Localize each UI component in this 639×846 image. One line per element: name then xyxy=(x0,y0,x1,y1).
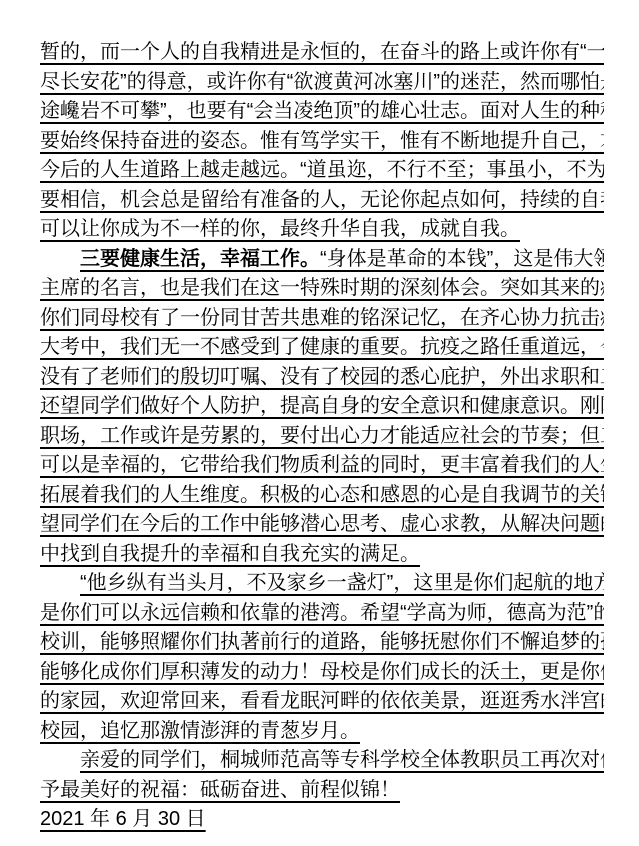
text-run: 要相信，机会总是留给有准备的人，无论你起点如何，持续的自我精进， xyxy=(40,189,604,211)
text-run: 校训，能够照耀你们执著前行的道路，能够抚慰你们不懈追梦的孤独， xyxy=(40,631,604,653)
text-line: 校园，追忆那激情澎湃的青葱岁月。 xyxy=(40,717,604,747)
text-run: 的家园，欢迎常回来，看看龙眠河畔的依依美景，逛逛秀水泮宫的新区 xyxy=(40,690,604,712)
text-line: 予最美好的祝福：砥砺奋进、前程似锦！ xyxy=(40,776,604,806)
text-line: 能够化成你们厚积薄发的动力！母校是你们成长的沃土，更是你们永远 xyxy=(40,658,604,688)
text-line: 职场，工作或许是劳累的，要付出心力才能适应社会的节奏；但工作也 xyxy=(40,422,604,452)
text-line: 还望同学们做好个人防护，提高自身的安全意识和健康意识。刚刚踏入 xyxy=(40,392,604,422)
paragraph: 亲爱的同学们，桐城师范高等专科学校全体教职员工再次对你们寄予最美好的祝福：砥砺奋… xyxy=(40,746,604,805)
text-line: 要始终保持奋进的姿态。惟有笃学实干，惟有不断地提升自己，才能在 xyxy=(40,127,604,157)
text-line: 可以是幸福的，它带给我们物质利益的同时，更丰富着我们的人生体验、 xyxy=(40,451,604,481)
text-line: 校训，能够照耀你们执著前行的道路，能够抚慰你们不懈追梦的孤独， xyxy=(40,628,604,658)
text-line: 大考中，我们无一不感受到了健康的重要。抗疫之路任重道远，今后， xyxy=(40,333,604,363)
text-line: 尽长安花”的得意，或许你有“欲渡黄河冰塞川”的迷茫，然而哪怕是“畏 xyxy=(40,68,604,98)
text-run: 没有了老师们的殷切叮嘱、没有了校园的悉心庇护，外出求职和工作时 xyxy=(40,366,604,388)
paragraph: 三要健康生活，幸福工作。“身体是革命的本钱”，这是伟大领袖毛主席的名言，也是我们… xyxy=(40,245,604,570)
text-line: 拓展着我们的人生维度。积极的心态和感恩的心是自我调节的关键，希 xyxy=(40,481,604,511)
text-run: 望同学们在今后的工作中能够潜心思考、虚心求教，从解决问题的过程 xyxy=(40,513,604,535)
bold-run: 三要健康生活，幸福工作。 xyxy=(80,248,320,270)
text-line: 三要健康生活，幸福工作。“身体是革命的本钱”，这是伟大领袖毛 xyxy=(40,245,604,275)
text-run: 你们同母校有了一份同甘苦共患难的铭深记忆，在齐心协力抗击疫情的 xyxy=(40,307,604,329)
text-run: 亲爱的同学们，桐城师范高等专科学校全体教职员工再次对你们寄 xyxy=(80,749,604,771)
text-run: 是你们可以永远信赖和依靠的港湾。希望“学高为师，德高为范”的师专 xyxy=(40,602,604,624)
text-line: 暂的，而一个人的自我精进是永恒的，在奋斗的路上或许你有“一日看 xyxy=(40,38,604,68)
letter-body: 暂的，而一个人的自我精进是永恒的，在奋斗的路上或许你有“一日看尽长安花”的得意，… xyxy=(40,38,604,805)
text-line: 中找到自我提升的幸福和自我充实的满足。 xyxy=(40,540,604,570)
paragraph: “他乡纵有当头月，不及家乡一盏灯”，这里是你们起航的地方，也是你们可以永远信赖和… xyxy=(40,569,604,746)
text-line: 的家园，欢迎常回来，看看龙眠河畔的依依美景，逛逛秀水泮宫的新区 xyxy=(40,687,604,717)
text-run: 校园，追忆那激情澎湃的青葱岁月。 xyxy=(40,720,360,742)
text-line: 今后的人生道路上越走越远。“道虽迩，不行不至；事虽小，不为不成”。 xyxy=(40,156,604,186)
text-run: 暂的，而一个人的自我精进是永恒的，在奋斗的路上或许你有“一日看 xyxy=(40,41,604,63)
text-line: 你们同母校有了一份同甘苦共患难的铭深记忆，在齐心协力抗击疫情的 xyxy=(40,304,604,334)
text-run: 可以是幸福的，它带给我们物质利益的同时，更丰富着我们的人生体验、 xyxy=(40,454,604,476)
text-run: 还望同学们做好个人防护，提高自身的安全意识和健康意识。刚刚踏入 xyxy=(40,395,604,417)
text-line: 可以让你成为不一样的你，最终升华自我，成就自我。 xyxy=(40,215,604,245)
text-run: 中找到自我提升的幸福和自我充实的满足。 xyxy=(40,543,420,565)
text-run: 能够化成你们厚积薄发的动力！母校是你们成长的沃土，更是你们永远 xyxy=(40,661,604,683)
text-run: 途巉岩不可攀”，也要有“会当凌绝顶”的雄心壮志。面对人生的种种困境， xyxy=(40,100,604,122)
text-run: 主席的名言，也是我们在这一特殊时期的深刻体会。突如其来的疫情使 xyxy=(40,277,604,299)
text-line: 要相信，机会总是留给有准备的人，无论你起点如何，持续的自我精进， xyxy=(40,186,604,216)
text-line: 亲爱的同学们，桐城师范高等专科学校全体教职员工再次对你们寄 xyxy=(40,746,604,776)
text-run: 尽长安花”的得意，或许你有“欲渡黄河冰塞川”的迷茫，然而哪怕是“畏 xyxy=(40,71,604,93)
document-page: 暂的，而一个人的自我精进是永恒的，在奋斗的路上或许你有“一日看尽长安花”的得意，… xyxy=(0,0,639,846)
text-line: 没有了老师们的殷切叮嘱、没有了校园的悉心庇护，外出求职和工作时 xyxy=(40,363,604,393)
text-run: 可以让你成为不一样的你，最终升华自我，成就自我。 xyxy=(40,218,520,240)
text-run: “身体是革命的本钱”，这是伟大领袖毛 xyxy=(320,248,604,270)
text-line: 途巉岩不可攀”，也要有“会当凌绝顶”的雄心壮志。面对人生的种种困境， xyxy=(40,97,604,127)
text-run: 大考中，我们无一不感受到了健康的重要。抗疫之路任重道远，今后， xyxy=(40,336,604,358)
text-line: 主席的名言，也是我们在这一特殊时期的深刻体会。突如其来的疫情使 xyxy=(40,274,604,304)
paragraph: 暂的，而一个人的自我精进是永恒的，在奋斗的路上或许你有“一日看尽长安花”的得意，… xyxy=(40,38,604,245)
text-run: 拓展着我们的人生维度。积极的心态和感恩的心是自我调节的关键，希 xyxy=(40,484,604,506)
text-run: “他乡纵有当头月，不及家乡一盏灯”，这里是你们起航的地方，也 xyxy=(80,572,604,594)
text-line: “他乡纵有当头月，不及家乡一盏灯”，这里是你们起航的地方，也 xyxy=(40,569,604,599)
text-run: 予最美好的祝福：砥砺奋进、前程似锦！ xyxy=(40,779,400,801)
date-line: 2021 年 6 月 30 日 xyxy=(40,805,604,835)
text-line: 是你们可以永远信赖和依靠的港湾。希望“学高为师，德高为范”的师专 xyxy=(40,599,604,629)
text-run: 今后的人生道路上越走越远。“道虽迩，不行不至；事虽小，不为不成”。 xyxy=(40,159,604,181)
text-run: 要始终保持奋进的姿态。惟有笃学实干，惟有不断地提升自己，才能在 xyxy=(40,130,604,152)
text-run: 职场，工作或许是劳累的，要付出心力才能适应社会的节奏；但工作也 xyxy=(40,425,604,447)
text-line: 望同学们在今后的工作中能够潜心思考、虚心求教，从解决问题的过程 xyxy=(40,510,604,540)
